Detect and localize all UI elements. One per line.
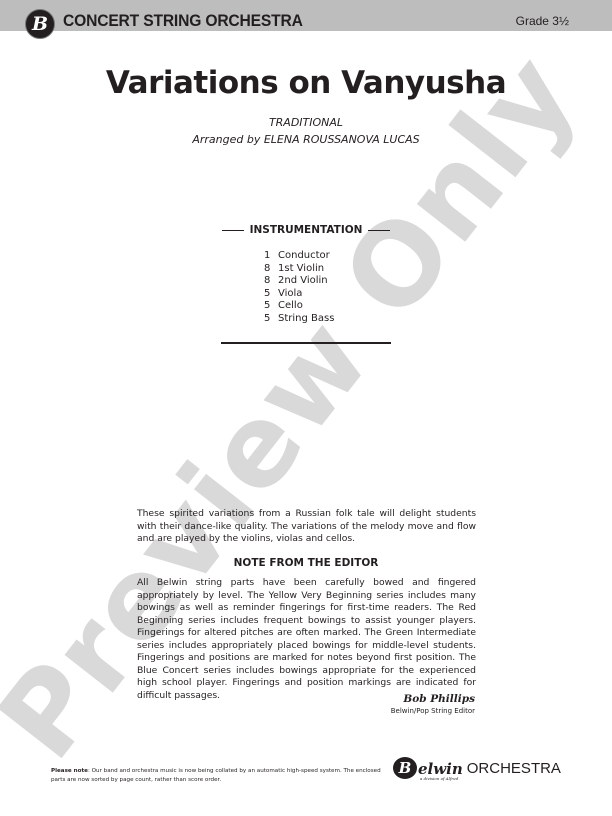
editor-note-body: All Belwin string parts have been carefu… <box>137 577 476 702</box>
editor-note-heading: NOTE FROM THE EDITOR <box>0 557 612 569</box>
instrument-quantity: 8 <box>258 263 278 276</box>
heading-rule-right <box>368 230 390 231</box>
publisher-logo: B elwin a division of Alfred ORCHESTRA <box>393 757 561 779</box>
instrumentation-item: 5Cello <box>258 300 334 313</box>
editor-role: Belwin/Pop String Editor <box>391 707 475 715</box>
instrument-name: Viola <box>278 288 302 301</box>
publisher-name-block: elwin a division of Alfred <box>418 759 463 778</box>
instrument-name: 2nd Violin <box>278 275 328 288</box>
instrument-quantity: 5 <box>258 313 278 326</box>
instrument-quantity: 5 <box>258 288 278 301</box>
instrumentation-label: INSTRUMENTATION <box>250 224 363 236</box>
composer: TRADITIONAL <box>0 116 612 129</box>
collation-note-label: Please note <box>51 768 88 774</box>
publisher-logo-icon: B <box>393 757 417 779</box>
instrumentation-item: 81st Violin <box>258 263 334 276</box>
collation-note: Please note: Our band and orchestra musi… <box>51 767 381 784</box>
instrumentation-item: 82nd Violin <box>258 275 334 288</box>
instrument-name: 1st Violin <box>278 263 324 276</box>
publisher-line: ORCHESTRA <box>467 760 561 777</box>
editor-signature: Bob Phillips <box>403 693 475 705</box>
instrument-quantity: 5 <box>258 300 278 313</box>
instrument-quantity: 1 <box>258 250 278 263</box>
piece-description: These spirited variations from a Russian… <box>137 508 476 546</box>
instrument-name: Conductor <box>278 250 330 263</box>
arranger: Arranged by ELENA ROUSSANOVA LUCAS <box>0 133 612 146</box>
instrumentation-list: 1Conductor81st Violin82nd Violin5Viola5C… <box>258 250 334 326</box>
instrument-quantity: 8 <box>258 275 278 288</box>
instrument-name: String Bass <box>278 313 334 326</box>
instrumentation-heading: INSTRUMENTATION <box>222 224 390 236</box>
instrumentation-item: 5String Bass <box>258 313 334 326</box>
instrumentation-divider <box>221 342 391 344</box>
instrumentation-item: 1Conductor <box>258 250 334 263</box>
instrumentation-item: 5Viola <box>258 288 334 301</box>
instrument-name: Cello <box>278 300 303 313</box>
collation-note-text: : Our band and orchestra music is now be… <box>51 768 381 783</box>
publisher-subtitle: a division of Alfred <box>420 776 458 781</box>
heading-rule-left <box>222 230 244 231</box>
piece-title: Variations on Vanyusha <box>0 65 612 101</box>
